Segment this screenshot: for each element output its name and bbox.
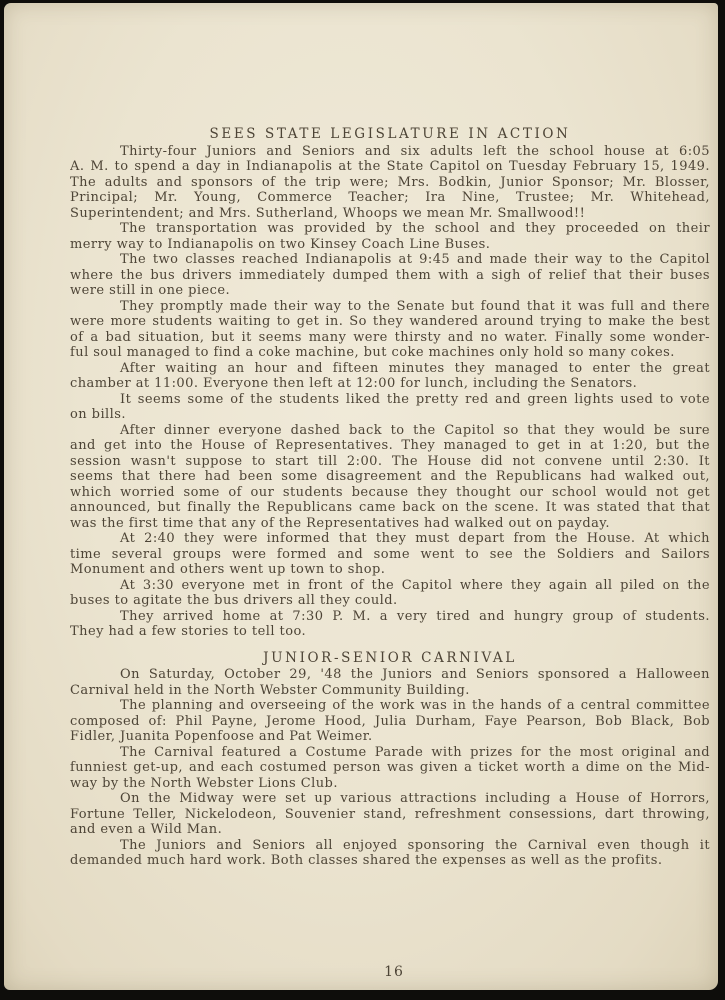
text-line: chamber at 11:00. Everyone then left at … bbox=[70, 376, 710, 392]
paragraph: They arrived home at 7:30 P. M. a very t… bbox=[70, 609, 710, 640]
text-line: demanded much hard work. Both classes sh… bbox=[70, 853, 710, 869]
paragraph: The two classes reached Indianapolis at … bbox=[70, 252, 710, 299]
text-line: session wasn't suppose to start till 2:0… bbox=[70, 454, 710, 470]
paragraph: They promptly made their way to the Sena… bbox=[70, 299, 710, 361]
paragraph: The Juniors and Seniors all enjoyed spon… bbox=[70, 838, 710, 869]
text-line: on bills. bbox=[70, 407, 710, 423]
article-section: JUNIOR-SENIOR CARNIVALOn Saturday, Octob… bbox=[70, 651, 710, 869]
text-line: composed of: Phil Payne, Jerome Hood, Ju… bbox=[70, 714, 710, 730]
paragraph: At 3:30 everyone met in front of the Cap… bbox=[70, 578, 710, 609]
text-line: The adults and sponsors of the trip were… bbox=[70, 175, 710, 191]
paragraph: The planning and overseeing of the work … bbox=[70, 698, 710, 745]
paragraph: After dinner everyone dashed back to the… bbox=[70, 423, 710, 532]
paragraph: After waiting an hour and fifteen minute… bbox=[70, 361, 710, 392]
article-title: SEES STATE LEGISLATURE IN ACTION bbox=[70, 127, 710, 143]
text-line: The two classes reached Indianapolis at … bbox=[70, 252, 710, 268]
paragraph: At 2:40 they were informed that they mus… bbox=[70, 531, 710, 578]
text-line: Fortune Teller, Nickelodeon, Souvenier s… bbox=[70, 807, 710, 823]
text-line: and get into the House of Representative… bbox=[70, 438, 710, 454]
text-line: They promptly made their way to the Sena… bbox=[70, 299, 710, 315]
text-line: Carnival held in the North Webster Commu… bbox=[70, 683, 710, 699]
paragraph: The Carnival featured a Costume Parade w… bbox=[70, 745, 710, 792]
text-line: The planning and overseeing of the work … bbox=[70, 698, 710, 714]
text-line: funniest get-up, and each costumed perso… bbox=[70, 760, 710, 776]
text-line: At 2:40 they were informed that they mus… bbox=[70, 531, 710, 547]
paper-sheet: SEES STATE LEGISLATURE IN ACTIONThirty-f… bbox=[4, 3, 718, 990]
text-line: Fidler, Juanita Popenfoose and Pat Weime… bbox=[70, 729, 710, 745]
text-line: Superintendent; and Mrs. Sutherland, Who… bbox=[70, 206, 710, 222]
text-line: The Juniors and Seniors all enjoyed spon… bbox=[70, 838, 710, 854]
text-line: Principal; Mr. Young, Commerce Teacher; … bbox=[70, 190, 710, 206]
text-line: ful soul managed to find a coke machine,… bbox=[70, 345, 710, 361]
text-line: buses to agitate the bus drivers all the… bbox=[70, 593, 710, 609]
text-line: After waiting an hour and fifteen minute… bbox=[70, 361, 710, 377]
article-title: JUNIOR-SENIOR CARNIVAL bbox=[70, 651, 710, 667]
text-line: They had a few stories to tell too. bbox=[70, 624, 710, 640]
text-line: which worried some of our students becau… bbox=[70, 485, 710, 501]
text-line: The Carnival featured a Costume Parade w… bbox=[70, 745, 710, 761]
scanned-yearbook-page: SEES STATE LEGISLATURE IN ACTIONThirty-f… bbox=[0, 0, 725, 1000]
text-line: Monument and others went up town to shop… bbox=[70, 562, 710, 578]
article-section: SEES STATE LEGISLATURE IN ACTIONThirty-f… bbox=[70, 127, 710, 640]
paragraph: Thirty-four Juniors and Seniors and six … bbox=[70, 144, 710, 222]
text-line: On the Midway were set up various attrac… bbox=[70, 791, 710, 807]
text-line: announced, but finally the Republicans c… bbox=[70, 500, 710, 516]
text-line: of a bad situation, but it seems many we… bbox=[70, 330, 710, 346]
text-line: At 3:30 everyone met in front of the Cap… bbox=[70, 578, 710, 594]
text-line: was the first time that any of the Repre… bbox=[70, 516, 710, 532]
text-line: where the bus drivers immediately dumped… bbox=[70, 268, 710, 284]
paragraph: On the Midway were set up various attrac… bbox=[70, 791, 710, 838]
text-line: It seems some of the students liked the … bbox=[70, 392, 710, 408]
text-line: were more students waiting to get in. So… bbox=[70, 314, 710, 330]
text-line: way by the North Webster Lions Club. bbox=[70, 776, 710, 792]
page-content: SEES STATE LEGISLATURE IN ACTIONThirty-f… bbox=[70, 127, 710, 869]
paragraph: On Saturday, October 29, '48 the Juniors… bbox=[70, 667, 710, 698]
text-line: They arrived home at 7:30 P. M. a very t… bbox=[70, 609, 710, 625]
page-number: 16 bbox=[376, 964, 412, 980]
text-line: On Saturday, October 29, '48 the Juniors… bbox=[70, 667, 710, 683]
text-line: seems that there had been some disagreem… bbox=[70, 469, 710, 485]
text-line: After dinner everyone dashed back to the… bbox=[70, 423, 710, 439]
text-line: Thirty-four Juniors and Seniors and six … bbox=[70, 144, 710, 160]
paragraph: It seems some of the students liked the … bbox=[70, 392, 710, 423]
text-line: A. M. to spend a day in Indianapolis at … bbox=[70, 159, 710, 175]
text-line: time several groups were formed and some… bbox=[70, 547, 710, 563]
paragraph: The transportation was provided by the s… bbox=[70, 221, 710, 252]
text-line: The transportation was provided by the s… bbox=[70, 221, 710, 237]
text-line: were still in one piece. bbox=[70, 283, 710, 299]
text-line: and even a Wild Man. bbox=[70, 822, 710, 838]
text-line: merry way to Indianapolis on two Kinsey … bbox=[70, 237, 710, 253]
